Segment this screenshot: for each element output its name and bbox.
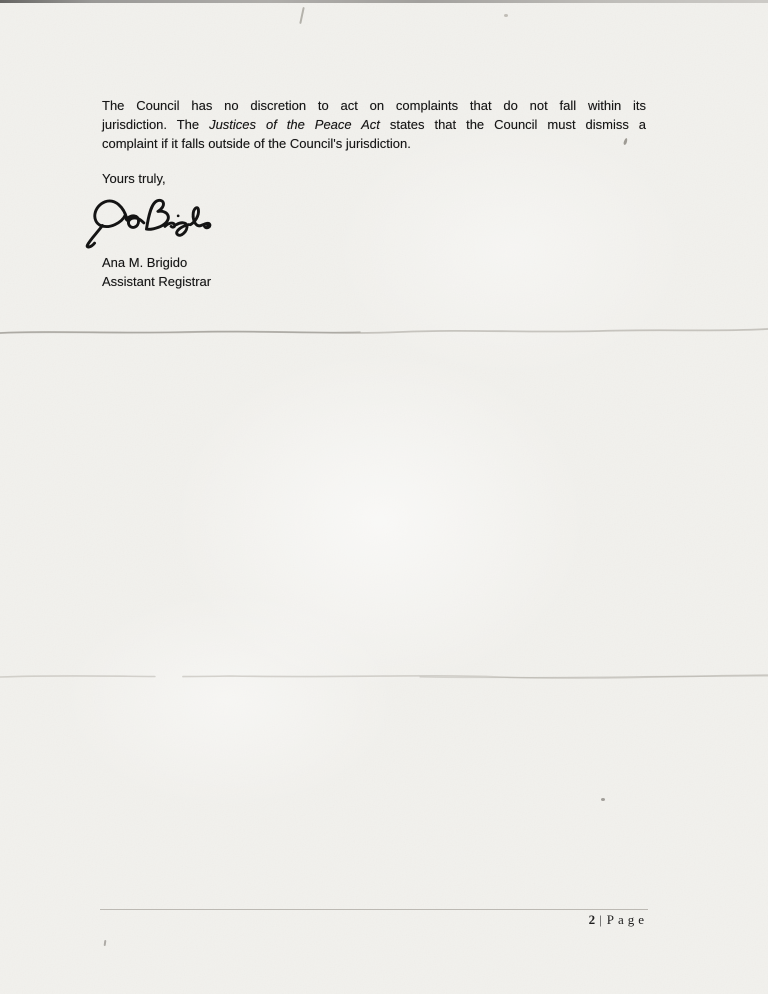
signer-title: Assistant Registrar bbox=[102, 272, 211, 291]
body-paragraph: The Council has no discretion to act on … bbox=[102, 96, 646, 153]
paragraph-text: jurisdiction. The bbox=[102, 117, 209, 132]
act-title-italic: Justices of the Peace Act bbox=[209, 117, 380, 132]
footer-separator: | bbox=[599, 912, 602, 927]
scan-top-edge bbox=[0, 0, 768, 3]
closing-salutation: Yours truly, bbox=[102, 169, 166, 188]
paragraph-text: states that the Council must dismiss a bbox=[380, 117, 646, 132]
paragraph-text: complaint if it falls outside of the Cou… bbox=[102, 136, 411, 151]
paragraph-line-2: jurisdiction. The Justices of the Peace … bbox=[102, 115, 646, 134]
paragraph-line-1: The Council has no discretion to act on … bbox=[102, 96, 646, 115]
footer-page-number: 2 bbox=[589, 912, 596, 927]
page-footer: 2|Page bbox=[100, 912, 648, 928]
footer-page-word: Page bbox=[607, 912, 648, 927]
scan-bright-patch bbox=[60, 590, 400, 810]
paragraph-line-3: complaint if it falls outside of the Cou… bbox=[102, 134, 646, 153]
scan-scratch bbox=[299, 7, 304, 24]
scan-speck bbox=[601, 798, 605, 801]
scan-speck bbox=[504, 14, 508, 17]
paragraph-text: The Council has no discretion to act on … bbox=[102, 98, 646, 113]
signature-strokes bbox=[87, 200, 210, 247]
signer-name: Ana M. Brigido bbox=[102, 253, 211, 272]
scanned-letter-page: The Council has no discretion to act on … bbox=[0, 0, 768, 994]
scan-bright-patch bbox=[170, 350, 590, 690]
signer-block: Ana M. Brigido Assistant Registrar bbox=[102, 253, 211, 291]
footer-rule bbox=[100, 909, 648, 910]
scan-bright-patch bbox=[330, 120, 690, 380]
fold-line-upper bbox=[0, 329, 768, 333]
fold-line-lower-faint bbox=[420, 676, 768, 678]
fold-line-upper-dark bbox=[0, 331, 360, 333]
fold-line-lower bbox=[0, 675, 768, 678]
signature-image bbox=[84, 193, 216, 251]
scan-speck bbox=[104, 940, 107, 946]
